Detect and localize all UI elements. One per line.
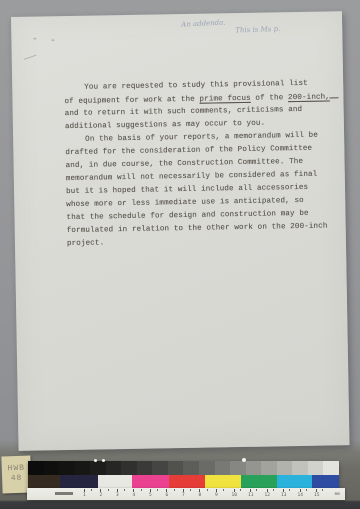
- ruler-tick: 1: [83, 489, 86, 498]
- gray-step: [323, 461, 339, 475]
- reflection-dot: [242, 458, 246, 462]
- gray-step: [246, 461, 262, 475]
- gray-step: [106, 461, 122, 475]
- ruler-tick: 13: [281, 489, 286, 498]
- archive-label-line: 48: [2, 473, 31, 484]
- ruler-tick-mark: [283, 489, 284, 492]
- ruler-minor-tick: [322, 489, 323, 491]
- ruler-minor-tick: [240, 489, 241, 491]
- ruler-minor-tick: [223, 489, 224, 491]
- ruler-minor-tick: [124, 489, 125, 491]
- ruler-minor-tick: [306, 489, 307, 491]
- typed-segment: of the: [251, 94, 288, 103]
- document-page: An addenda. This is Ms p. You are reques…: [11, 11, 350, 451]
- gray-step: [152, 461, 168, 475]
- paper-speck: [33, 38, 36, 40]
- ruler-minor-tick: [174, 489, 175, 491]
- ruler-tick-mark: [316, 489, 317, 492]
- gray-step: [215, 461, 231, 475]
- gray-step: [308, 461, 324, 475]
- ruler-tick: 8: [199, 489, 202, 498]
- gray-step: [261, 461, 277, 475]
- underlined-phrase: prime focus: [199, 95, 250, 104]
- ruler-tick: 10: [232, 489, 237, 498]
- ruler-minor-tick: [256, 489, 257, 491]
- ruler-tick: 11: [248, 489, 253, 498]
- gray-step: [183, 461, 199, 475]
- reflection-dot: [94, 459, 97, 462]
- ruler-tick-mark: [117, 489, 118, 492]
- ruler-tick: 6: [166, 489, 169, 498]
- ruler-label-smudge: [55, 492, 73, 495]
- ruler-tick: 2: [100, 489, 103, 498]
- ruler-tick-mark: [183, 489, 184, 492]
- ruler-minor-tick: [108, 489, 109, 491]
- ruler-tick-mark: [267, 489, 268, 492]
- ruler-minor-tick: [289, 489, 290, 491]
- ruler-tick: 9: [215, 489, 218, 498]
- gray-step: [121, 461, 137, 475]
- ruler-tick-mark: [100, 489, 101, 492]
- ruler-tick: 4: [133, 489, 136, 498]
- gray-step: [90, 461, 106, 475]
- gray-step: [292, 461, 308, 475]
- ruler-tick-mark: [234, 489, 235, 492]
- underlined-phrase: 200-inch,: [288, 93, 330, 102]
- ruler-minor-tick: [273, 489, 274, 491]
- photo-ruler: 123456789101112131415 mm: [27, 488, 345, 500]
- ruler-minor-tick: [190, 489, 191, 491]
- typed-segment: of equipment for work at the: [64, 96, 199, 106]
- ruler-tick: 3: [116, 489, 119, 498]
- typed-text-block: You are requested to study this provisio…: [64, 77, 339, 251]
- ruler-tick-mark: [166, 489, 167, 492]
- paper-speck: [51, 39, 54, 41]
- gray-step: [59, 461, 75, 475]
- handwritten-annotation: An addenda.: [181, 18, 226, 28]
- gray-step: [230, 461, 246, 475]
- ruler-tick-mark: [300, 489, 301, 492]
- ruler-tick-mark: [199, 489, 200, 492]
- gray-step: [168, 461, 184, 475]
- pencil-smudge: [24, 55, 37, 60]
- handwritten-annotation: This is Ms p.: [235, 25, 280, 35]
- ruler-tick-mark: [250, 489, 251, 492]
- ruler-tick: 7: [182, 489, 185, 498]
- ruler-minor-tick: [157, 489, 158, 491]
- gray-step: [137, 461, 153, 475]
- archival-scan: An addenda. This is Ms p. You are reques…: [0, 0, 360, 509]
- trailing-underline: [330, 90, 339, 98]
- gray-step: [199, 461, 215, 475]
- ruler-tick-mark: [133, 489, 134, 492]
- ruler-tick: 14: [298, 489, 303, 498]
- gray-step: [44, 461, 60, 475]
- ruler-minor-tick: [207, 489, 208, 491]
- gray-step: [28, 461, 44, 475]
- ruler-unit-label: mm: [335, 492, 340, 497]
- ruler-minor-tick: [91, 489, 92, 491]
- ruler-tick-mark: [84, 489, 85, 492]
- reflection-dot: [102, 459, 105, 462]
- ruler-minor-tick: [141, 489, 142, 491]
- ruler-tick-mark: [150, 489, 151, 492]
- ruler-tick: 12: [265, 489, 270, 498]
- gray-step: [75, 461, 91, 475]
- ruler-tick-mark: [216, 489, 217, 492]
- calibration-bar: [28, 461, 339, 490]
- ruler-tick: 15: [314, 489, 319, 498]
- gray-step: [277, 461, 293, 475]
- grayscale-wedge: [28, 461, 339, 475]
- ruler-tick: 5: [149, 489, 152, 498]
